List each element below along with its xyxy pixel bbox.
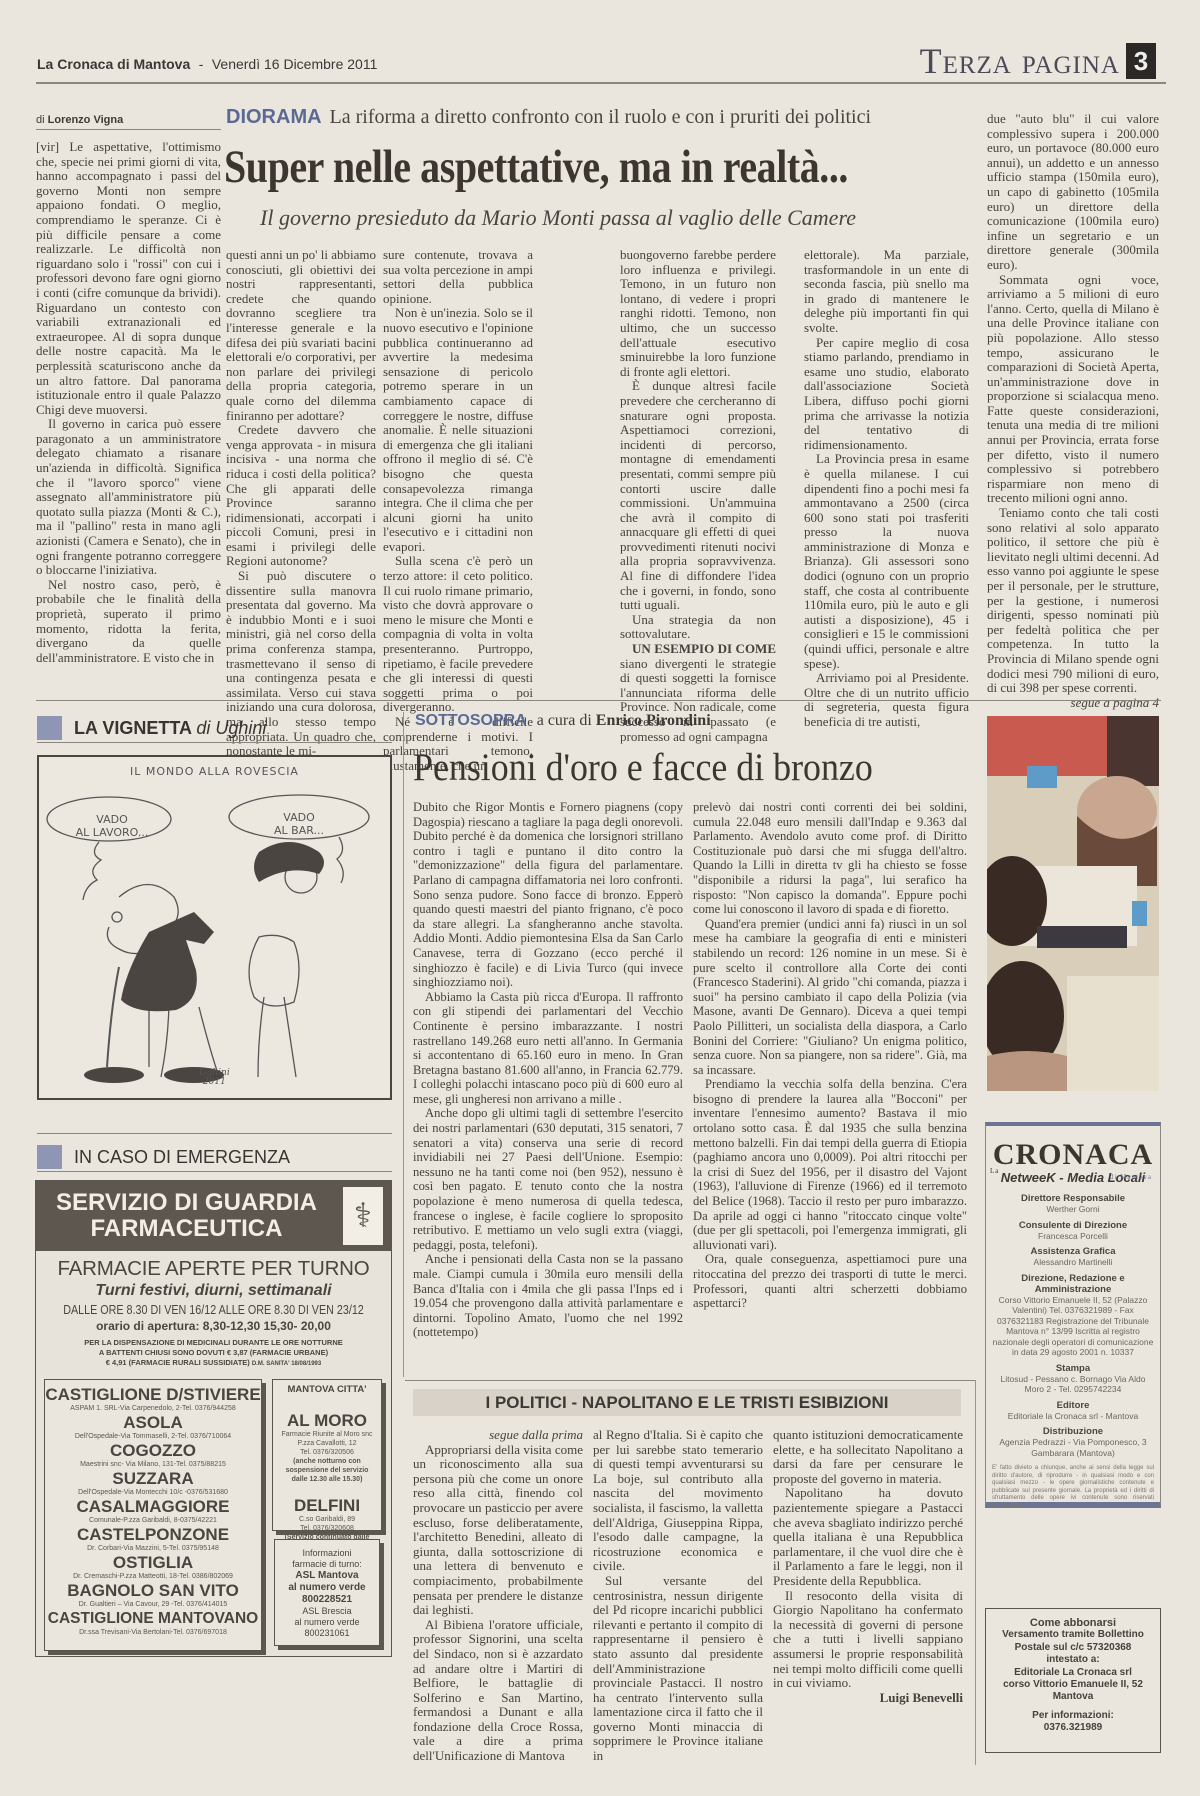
- pharmacy-hours: orario di apertura: 8,30-12,30 15,30- 20…: [36, 1319, 391, 1333]
- paragraph: Dubito che Rigor Montis e Fornero piagne…: [413, 800, 683, 990]
- paragraph: Il resoconto della visita di Giorgio Nap…: [773, 1589, 963, 1691]
- towns-list: CASTIGLIONE D/STIVIEREASPAM 1. SRL-Via C…: [44, 1379, 262, 1651]
- logo-prefix: La: [990, 1156, 999, 1186]
- subscribe-info-label: Per informazioni:: [986, 1710, 1160, 1722]
- inline-subhead: UN ESEMPIO DI COME: [632, 641, 776, 656]
- article-signature: Luigi Benevelli: [773, 1691, 963, 1706]
- section-square-icon: [37, 1145, 62, 1169]
- article-kicker: DIORAMALa riforma a diretto confronto co…: [226, 106, 871, 129]
- pharmacy-address: C.so Garibaldi, 89: [273, 1515, 381, 1524]
- paragraph: Quand'era premier (undici anni fa) riusc…: [693, 917, 967, 1078]
- town-name: CASTELPONZONE: [45, 1525, 261, 1544]
- paragraph: sure contenute, trovava a sua volta perc…: [383, 248, 533, 306]
- byline: di Lorenzo Vigna: [36, 114, 221, 130]
- colophon-label: Stampa: [986, 1363, 1160, 1374]
- list-item: BAGNOLO SAN VITODr. Gualtieri – Via Cavo…: [45, 1581, 261, 1609]
- bubble-line: AL LAVORO...: [67, 826, 157, 839]
- subscribe-line: corso Vittorio Emanuele II, 52: [986, 1679, 1160, 1691]
- paragraph: Nel nostro caso, però, è probabile che l…: [36, 578, 221, 666]
- pharmacy-banner: SERVIZIO DI GUARDIA FARMACEUTICA ⚕: [36, 1181, 391, 1251]
- notice-line: A BATTENTI CHIUSI SONO DOVUTI € 3,87 (FA…: [36, 1348, 391, 1358]
- paragraph: Abbiamo la Casta più ricca d'Europa. Il …: [413, 990, 683, 1107]
- town-address: Comunale-P.zza Garibaldi, 8-0375/42221: [45, 1516, 261, 1525]
- paragraph: due "auto blu" il cui valore complessivo…: [987, 112, 1159, 273]
- town-address: ASPAM 1. SRL-Via Carpenedolo, 2-Tel. 037…: [45, 1404, 261, 1413]
- issue-date: Venerdì 16 Dicembre 2011: [212, 56, 378, 72]
- list-item: COGOZZOMaestrini snc- Via Milano, 131-Te…: [45, 1441, 261, 1469]
- sottosopra-column-1: Dubito che Rigor Montis e Fornero piagne…: [413, 800, 683, 1340]
- subscription-box: Come abbonarsi Versamento tramite Bollet…: [985, 1608, 1161, 1753]
- subscribe-line: Editoriale La Cronaca srl: [986, 1667, 1160, 1679]
- list-item: OSTIGLIADr. Cremaschi-P.zza Matteotti, 1…: [45, 1553, 261, 1581]
- info-line: al numero verde: [275, 1582, 379, 1594]
- banner-line: SERVIZIO DI GUARDIA: [56, 1190, 317, 1216]
- sottosopra-column-2: prelevò dai nostri conti correnti dei be…: [693, 800, 967, 1311]
- paragraph: Prendiamo la vecchia solfa della benzina…: [693, 1077, 967, 1252]
- bubble-line: VADO: [67, 813, 157, 826]
- colophon-value: Werther Gorni: [986, 1204, 1160, 1215]
- sottosopra-tag: SOTTOSOPRA: [415, 712, 527, 729]
- byline-author: Lorenzo Vigna: [48, 114, 124, 126]
- subscribe-line: intestato a:: [986, 1654, 1160, 1666]
- colophon-label: Assistenza Grafica: [986, 1246, 1160, 1257]
- cartoon-image: IL MONDO ALLA ROVESCIA: [37, 755, 392, 1100]
- paragraph: al Regno d'Italia. Si è capito che per l…: [593, 1428, 763, 1574]
- list-item: SUZZARADell'Ospedale-Via Montecchi 10/c …: [45, 1469, 261, 1497]
- masthead-newspaper-date: La Cronaca di Mantova - Venerdì 16 Dicem…: [37, 56, 377, 73]
- pharmacy-title: FARMACIE APERTE PER TURNO: [36, 1257, 391, 1281]
- paragraph: Una strategia da non sottovalutare.: [620, 613, 776, 642]
- continued-link[interactable]: segue a pagina 4: [987, 696, 1159, 711]
- article-subhead: Il governo presieduto da Mario Monti pas…: [260, 205, 856, 231]
- photo-image-icon: [987, 716, 1159, 1091]
- pharmacy-phone: Tel. 0376/320506: [273, 1448, 381, 1457]
- town-address: Maestrini snc- Via Milano, 131-Tel. 0375…: [45, 1460, 261, 1469]
- sottosopra-kicker: SOTTOSOPRA a cura di Enrico Pirondini: [415, 712, 711, 730]
- section-divider: [36, 700, 1161, 701]
- politici-column-3: quanto istituzioni democraticamente elet…: [773, 1428, 963, 1705]
- vignetta-section-header: LA VIGNETTA di Ughini: [37, 716, 392, 743]
- town-name: SUZZARA: [45, 1469, 261, 1488]
- kicker-text: La riforma a diretto confronto con il ru…: [330, 106, 872, 128]
- town-name: CASTIGLIONE MANTOVANO: [45, 1609, 261, 1628]
- from-front-label: segue dalla prima: [413, 1428, 583, 1443]
- pharmacy-address: P.zza Cavallotti, 12: [273, 1439, 381, 1448]
- bubble-line: AL BAR...: [249, 824, 349, 837]
- caduceus-icon: ⚕: [343, 1187, 383, 1245]
- colophon-label: Direttore Responsabile: [986, 1193, 1160, 1204]
- list-item: CASTIGLIONE MANTOVANODr.ssa Trevisani-Vi…: [45, 1609, 261, 1637]
- town-address: Dr. Cremaschi-P.zza Matteotti, 18-Tel. 0…: [45, 1572, 261, 1581]
- masthead-divider: [36, 82, 1166, 84]
- pharmacy-phone: Tel. 0376/320608: [273, 1524, 381, 1533]
- vignetta-author-prefix: di: [196, 718, 210, 738]
- newspaper-logo: LaCRONACAdi Mantova: [986, 1140, 1160, 1170]
- pharmacy-address: Farmacie Riunite al Moro snc: [273, 1430, 381, 1439]
- subscribe-line: Come abbonarsi: [986, 1617, 1160, 1629]
- article-column-2: questi anni un po' li abbiamo conosciuti…: [226, 248, 376, 759]
- article-column-6: due "auto blu" il cui valore complessivo…: [987, 112, 1159, 710]
- signature-year: 2011: [199, 1078, 230, 1087]
- paragraph: Sul versante del centrosinistra, nessun …: [593, 1574, 763, 1764]
- emergenza-section-header: IN CASO DI EMERGENZA: [37, 1145, 392, 1172]
- subscribe-line: Mantova: [986, 1691, 1160, 1703]
- subscribe-phone: 0376.321989: [986, 1722, 1160, 1734]
- asl-name: ASL Brescia: [275, 1606, 379, 1617]
- list-item: CASTIGLIONE D/STIVIEREASPAM 1. SRL-Via C…: [45, 1385, 261, 1413]
- subscribe-line: Postale sul c/c 57320368: [986, 1642, 1160, 1654]
- section-divider: [405, 1380, 975, 1381]
- subscribe-line: Versamento tramite Bollettino: [986, 1629, 1160, 1641]
- toll-free-number: 800231061: [275, 1628, 379, 1639]
- town-address: Dr. Corbari-Via Mazzini, 5-Tel. 0375/951…: [45, 1544, 261, 1553]
- paragraph: Anche dopo gli ultimi tagli di settembre…: [413, 1106, 683, 1252]
- cartoon-drawing-icon: [39, 757, 390, 1098]
- paragraph: Sulla scena c'è però un terzo attore: il…: [383, 554, 533, 715]
- curated-prefix: a cura di: [537, 712, 592, 729]
- toll-free-number: 800228521: [275, 1594, 379, 1606]
- asl-name: ASL Mantova: [275, 1570, 379, 1582]
- parliament-photo: [987, 716, 1159, 1091]
- town-address: Dr. Gualtieri – Via Cavour, 29 -Tel. 037…: [45, 1600, 261, 1609]
- banner-title: SERVIZIO DI GUARDIA FARMACEUTICA: [56, 1190, 317, 1242]
- article-headline: Super nelle aspettative, ma in realtà...: [224, 140, 848, 194]
- banner-line: FARMACEUTICA: [56, 1216, 317, 1242]
- section-square-icon: [37, 716, 62, 740]
- column-divider: [403, 712, 404, 1377]
- pharmacy-note: (anche notturno con sospensione del serv…: [273, 1457, 381, 1484]
- paragraph: Al Bibiena l'oratore ufficiale, professo…: [413, 1618, 583, 1764]
- paragraph: Napolitano ha dovuto pazientemente spieg…: [773, 1486, 963, 1588]
- colophon-value: Corso Vittorio Emanuele II, 52 (Palazzo …: [986, 1295, 1160, 1358]
- paragraph: Non è un'inezia. Solo se il nuovo esecut…: [383, 306, 533, 554]
- town-address: Dell'Ospedale-Via Montecchi 10/c -0376/5…: [45, 1488, 261, 1497]
- paragraph: Ora, quale conseguenza, aspettiamoci pur…: [693, 1252, 967, 1310]
- paragraph: Per capire meglio di cosa stiamo parland…: [804, 336, 969, 453]
- paragraph: elettorale). Ma parziale, trasformandole…: [804, 248, 969, 336]
- paragraph: La Provincia presa in esame è quella mil…: [804, 452, 969, 671]
- colophon-label: Consulente di Direzione: [986, 1220, 1160, 1231]
- paragraph: [vir] Le aspettative, l'ottimismo che, s…: [36, 140, 221, 417]
- cartoon-signature: Ughini 2011: [199, 1069, 230, 1087]
- town-name: OSTIGLIA: [45, 1553, 261, 1572]
- emergenza-title: IN CASO DI EMERGENZA: [74, 1147, 290, 1168]
- column-divider: [975, 1380, 976, 1765]
- paragraph: Anche i pensionati della Casta non se la…: [413, 1252, 683, 1340]
- paragraph: prelevò dai nostri conti correnti dei be…: [693, 800, 967, 917]
- town-name: CASALMAGGIORE: [45, 1497, 261, 1516]
- bubble-line: VADO: [249, 811, 349, 824]
- paragraph: buongoverno farebbe perdere loro influen…: [620, 248, 776, 379]
- vignetta-label: LA VIGNETTA: [74, 718, 191, 738]
- politici-column-1: segue dalla prima Appropriarsi della vis…: [413, 1428, 583, 1764]
- sottosopra-headline: Pensioni d'oro e facce di bronzo: [413, 745, 873, 790]
- city-title: MANTOVA CITTA': [273, 1384, 381, 1395]
- copyright-notice: E' fatto divieto a chiunque, anche ai se…: [986, 1465, 1160, 1511]
- paragraph: Credete davvero che venga approvata - in…: [226, 423, 376, 569]
- vignetta-author: Ughini: [215, 718, 266, 738]
- divider: [37, 1133, 392, 1134]
- paragraph: questi anni un po' li abbiamo conosciuti…: [226, 248, 376, 423]
- colophon-value: Agenzia Pedrazzi - Via Pomponesco, 3 Gam…: [986, 1437, 1160, 1458]
- pharmacy-subtitle: Turni festivi, diurni, settimanali: [36, 1282, 391, 1300]
- colophon-value: Alessandro Martinelli: [986, 1257, 1160, 1268]
- article-column-1: [vir] Le aspettative, l'ottimismo che, s…: [36, 140, 221, 665]
- paragraph: Sommata ogni voce, arriviamo a 5 milioni…: [987, 273, 1159, 507]
- notice-line: € 4,91 (FARMACIE RURALI SUSSIDIATE): [106, 1358, 250, 1367]
- city-pharmacy-name: DELFINI: [273, 1496, 381, 1515]
- pharmacy-box: SERVIZIO DI GUARDIA FARMACEUTICA ⚕ FARMA…: [35, 1180, 392, 1657]
- article-column-5: elettorale). Ma parziale, trasformandole…: [804, 248, 969, 730]
- vignetta-title: LA VIGNETTA di Ughini: [74, 718, 266, 739]
- paragraph: quanto istituzioni democraticamente elet…: [773, 1428, 963, 1486]
- town-name: COGOZZO: [45, 1441, 261, 1460]
- politici-column-2: al Regno d'Italia. Si è capito che per l…: [593, 1428, 763, 1764]
- info-line: al numero verde: [275, 1617, 379, 1628]
- town-name: ASOLA: [45, 1413, 261, 1432]
- page-number: 3: [1126, 43, 1156, 79]
- asl-info-box: Informazioni farmacie di turno: ASL Mant…: [274, 1539, 380, 1646]
- town-address: Dr.ssa Trevisani-Via Bertolani-Tel. 0376…: [45, 1628, 261, 1637]
- info-line: farmacie di turno:: [275, 1559, 379, 1570]
- paragraph: Teniamo conto che tali costi sono relati…: [987, 506, 1159, 696]
- notice-ref: D.M. SANITA' 18/08/1993: [252, 1361, 321, 1367]
- pharmacy-dates: DALLE ORE 8.30 DI VEN 16/12 ALLE ORE 8.3…: [61, 1303, 366, 1317]
- logo-suffix: di Mantova: [1110, 1162, 1152, 1192]
- paragraph: È dunque altresì facile prevedere che ce…: [620, 379, 776, 613]
- speech-bubble-right: VADO AL BAR...: [249, 811, 349, 837]
- paragraph: Il governo in carica può essere paragona…: [36, 417, 221, 578]
- city-pharmacy-name: AL MORO: [273, 1411, 381, 1430]
- pharmacy-notice: PER LA DISPENSAZIONE DI MEDICINALI DURAN…: [36, 1338, 391, 1369]
- town-name: CASTIGLIONE D/STIVIERE: [45, 1385, 261, 1404]
- colophon-label: Distribuzione: [986, 1426, 1160, 1437]
- list-item: ASOLADell'Ospedale-Via Tommaselli, 2-Tel…: [45, 1413, 261, 1441]
- colophon-box: LaCRONACAdi Mantova NetweeK - Media Loca…: [985, 1122, 1161, 1508]
- politici-title-bar: I POLITICI - NAPOLITANO E LE TRISTI ESIB…: [413, 1389, 961, 1416]
- byline-prefix: di: [36, 114, 45, 126]
- curator-name: Enrico Pirondini: [596, 712, 711, 729]
- colophon-label: Direzione, Redazione e Amministrazione: [986, 1273, 1160, 1295]
- colophon-value: Francesca Porcelli: [986, 1231, 1160, 1242]
- notice-line: PER LA DISPENSAZIONE DI MEDICINALI DURAN…: [36, 1338, 391, 1348]
- section-title: Terza pagina: [920, 40, 1120, 82]
- town-address: Dell'Ospedale-Via Tommaselli, 2-Tel. 037…: [45, 1432, 261, 1441]
- list-item: CASTELPONZONEDr. Corbari-Via Mazzini, 5-…: [45, 1525, 261, 1553]
- article-column-3: sure contenute, trovava a sua volta perc…: [383, 248, 533, 773]
- colophon-value: Litosud - Pessano c. Bornago Via Aldo Mo…: [986, 1374, 1160, 1395]
- info-line: Informazioni: [275, 1548, 379, 1559]
- newspaper-name: La Cronaca di Mantova: [37, 56, 190, 72]
- kicker-tag: DIORAMA: [226, 106, 322, 128]
- city-pharmacies: MANTOVA CITTA' AL MORO Farmacie Riunite …: [272, 1379, 382, 1531]
- article-column-4: buongoverno farebbe perdere loro influen…: [620, 248, 776, 744]
- section-header: Terza pagina 3: [920, 40, 1156, 82]
- colophon-label: Editore: [986, 1400, 1160, 1411]
- masthead-separator: -: [199, 56, 204, 72]
- list-item: CASALMAGGIOREComunale-P.zza Garibaldi, 8…: [45, 1497, 261, 1525]
- paragraph: Appropriarsi della visita come un ricono…: [413, 1443, 583, 1618]
- colophon-value: Editoriale la Cronaca srl - Mantova: [986, 1411, 1160, 1422]
- town-name: BAGNOLO SAN VITO: [45, 1581, 261, 1600]
- speech-bubble-left: VADO AL LAVORO...: [67, 813, 157, 839]
